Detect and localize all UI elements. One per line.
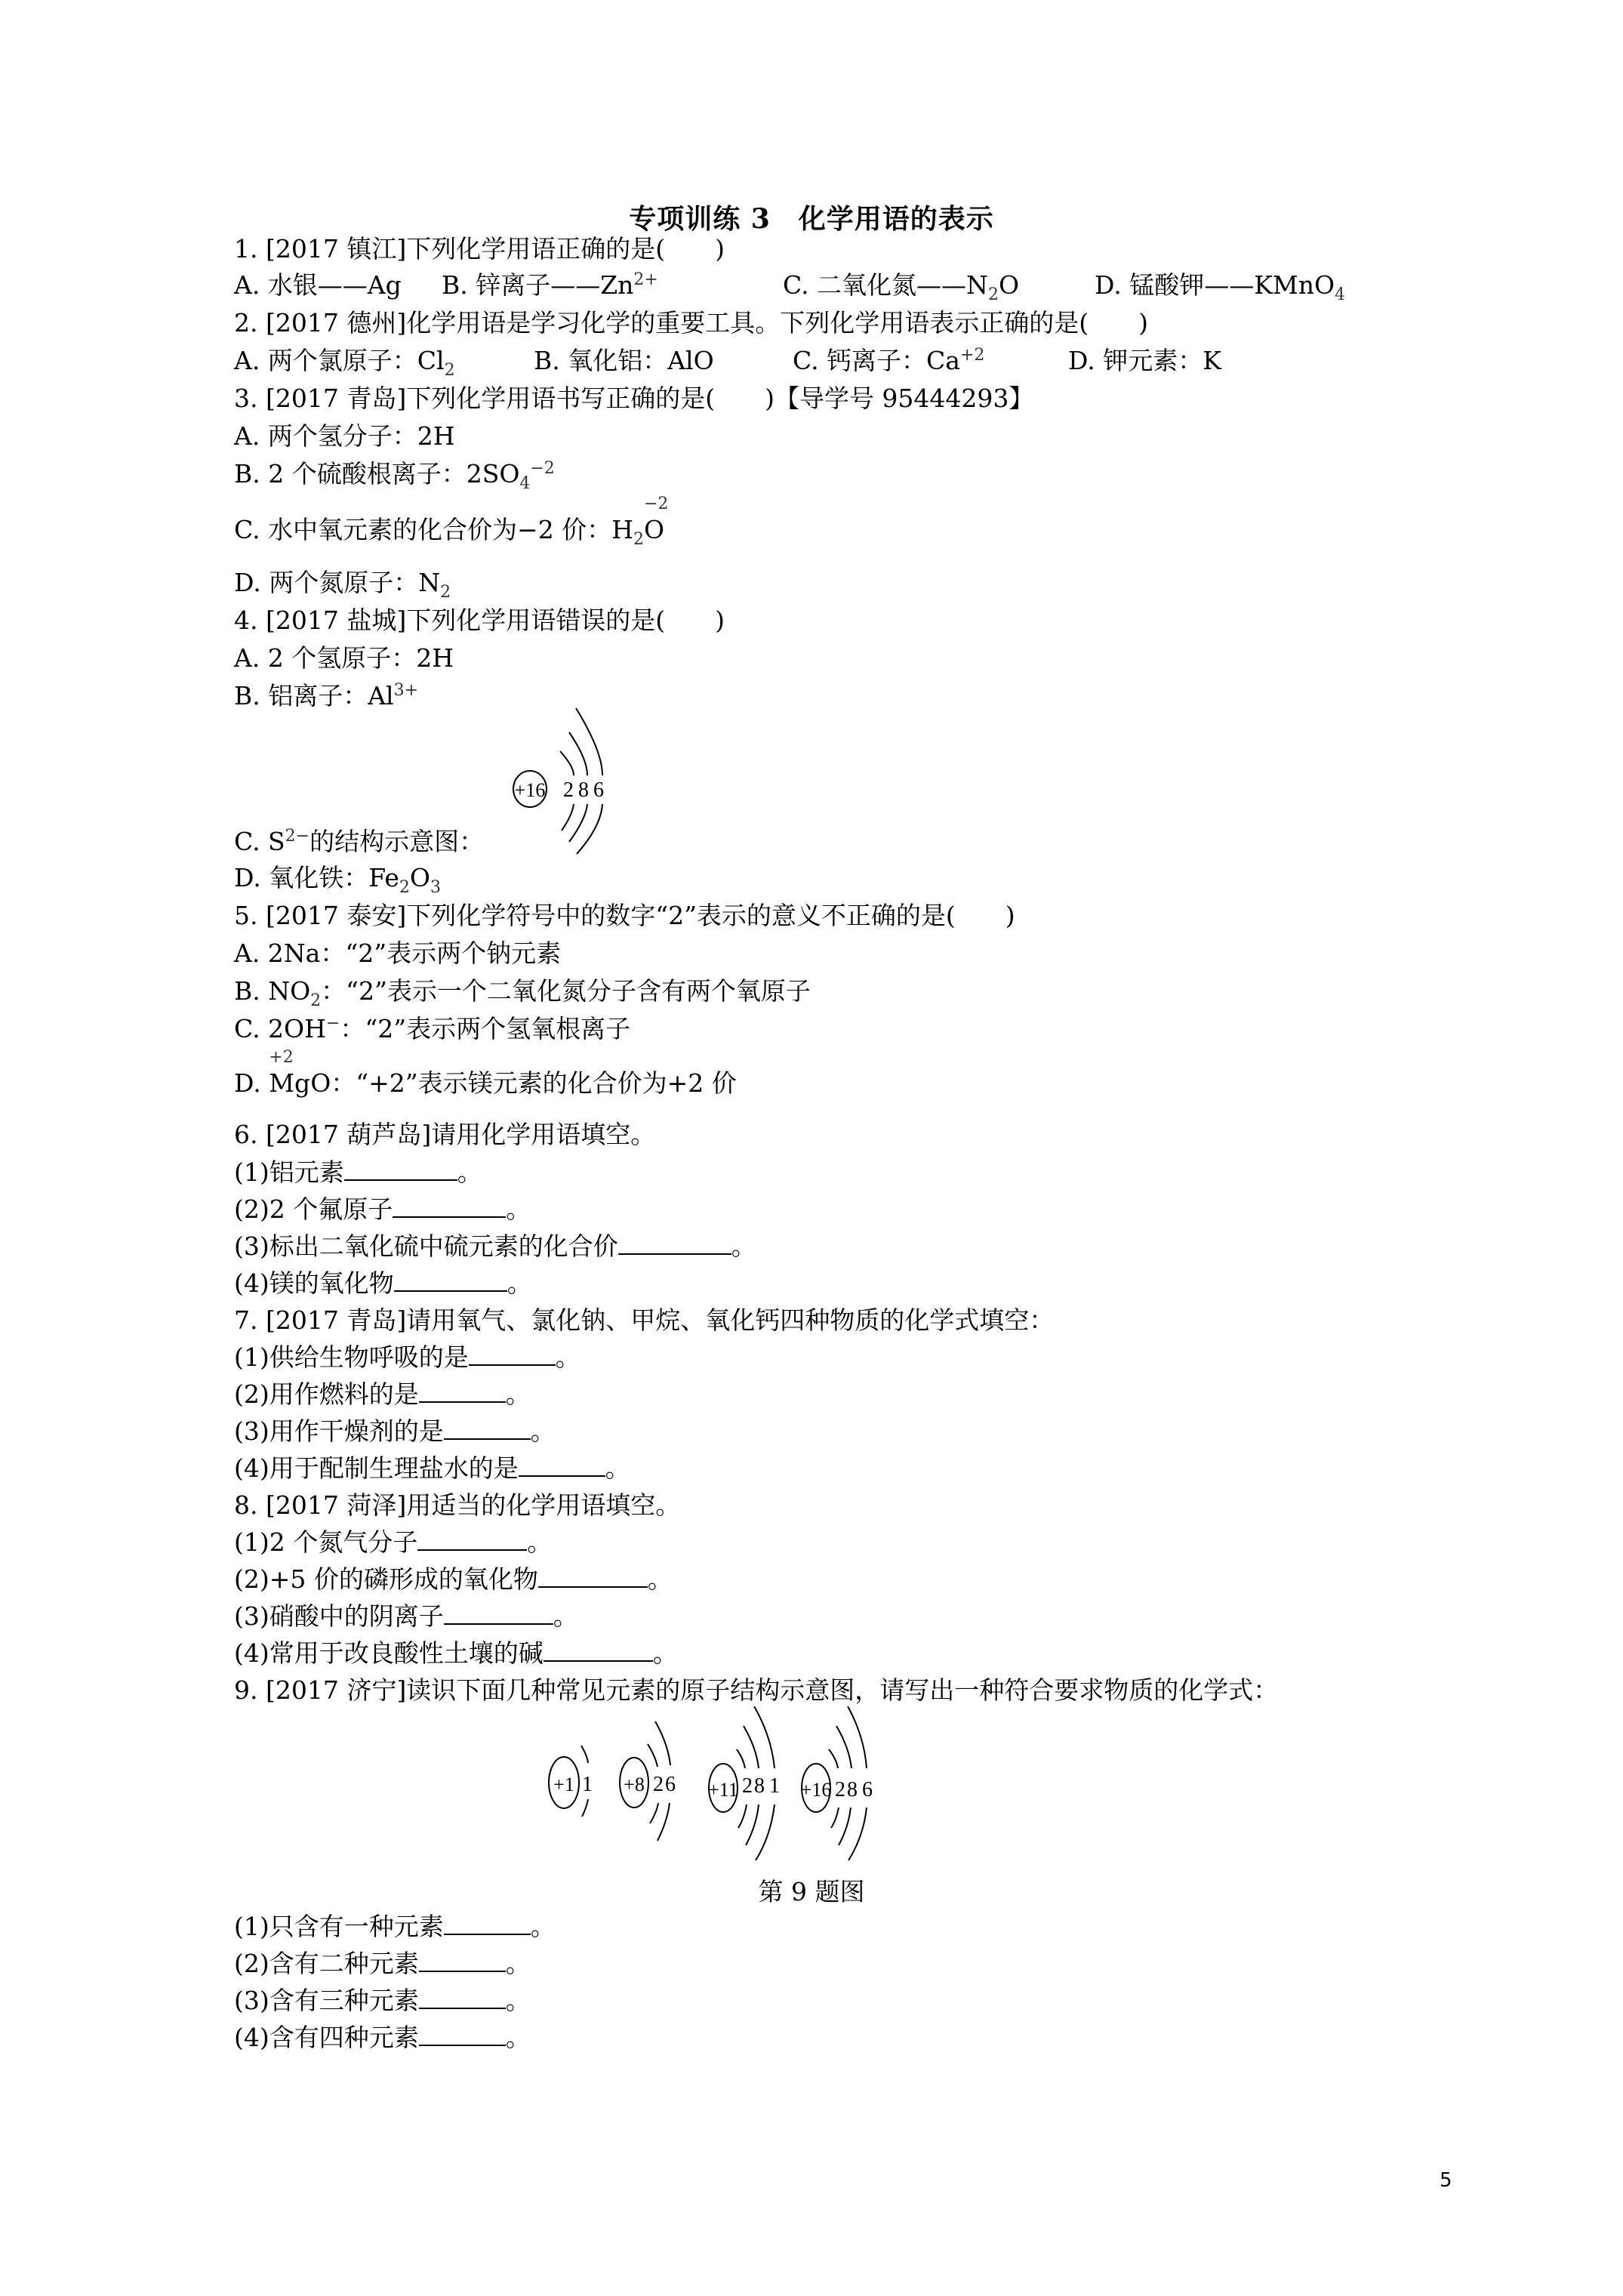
q7-item-3: (3)用作干燥剂的是。	[234, 1415, 556, 1448]
period: 。	[556, 1342, 581, 1372]
answer-blank[interactable]	[417, 1527, 527, 1551]
q6-item-4-text: (4)镁的氧化物	[234, 1268, 394, 1298]
q1-option-a: A. 水银——Ag	[234, 269, 402, 302]
figure-caption: 第 9 题图	[0, 1872, 1623, 1908]
question-3-stem: 3. [2017 青岛]下列化学用语书写正确的是( )【导学号 95444293…	[234, 382, 1033, 415]
shell-3-count: 1	[769, 1774, 780, 1798]
q4-option-b-text: B. 铝离子：Al	[234, 681, 394, 710]
q5-option-b: B. NO2：“2”表示一个二氧化氮分子含有两个氧原子	[234, 975, 811, 1008]
q8-item-3-text: (3)硝酸中的阴离子	[234, 1601, 444, 1631]
shell-count: 1	[582, 1773, 593, 1796]
q7-item-2-text: (2)用作燃料的是	[234, 1379, 419, 1409]
q9-item-2: (2)含有二种元素。	[234, 1947, 531, 1980]
q3-option-b: B. 2 个硫酸根离子：2SO4−2	[234, 458, 555, 491]
q6-item-3: (3)标出二氧化硫中硫元素的化合价。	[234, 1230, 756, 1263]
q3-option-a: A. 两个氢分子：2H	[234, 420, 455, 453]
page-number: 5	[1440, 2169, 1452, 2192]
question-7-stem: 7. [2017 青岛]请用氧气、氯化钠、甲烷、氧化钙四种物质的化学式填空：	[234, 1304, 1054, 1337]
answer-blank[interactable]	[419, 1379, 506, 1403]
q1-option-c: C. 二氧化氮——N2O	[783, 269, 1019, 302]
period: 。	[731, 1231, 756, 1261]
q9-item-1: (1)只含有一种元素。	[234, 1910, 556, 1943]
q4-option-d: D. 氧化铁：Fe2O3	[234, 861, 441, 895]
period: 。	[553, 1601, 578, 1631]
q5-option-b-text: B. NO	[234, 976, 310, 1006]
q3-option-c-sub: 2	[633, 530, 644, 549]
shell-1-count: 2	[563, 778, 574, 802]
sulfur-ion-structure-diagram: +16 2 8 6	[498, 706, 634, 857]
shell-3-count: 6	[862, 1778, 873, 1801]
q7-item-4-text: (4)用于配制生理盐水的是	[234, 1453, 519, 1483]
q7-item-4: (4)用于配制生理盐水的是。	[234, 1452, 630, 1485]
answer-blank[interactable]	[419, 2022, 506, 2046]
shell-1-count: 2	[653, 1773, 664, 1796]
q5-option-c-post: ：“2”表示两个氢氧根离子	[340, 1014, 630, 1043]
period: 。	[653, 1638, 678, 1668]
q5-option-b-post: ：“2”表示一个二氧化氮分子含有两个氧原子	[321, 976, 811, 1006]
q4-option-a: A. 2 个氢原子：2H	[234, 642, 454, 675]
q8-item-1-text: (1)2 个氮气分子	[234, 1527, 417, 1557]
q7-item-3-text: (3)用作干燥剂的是	[234, 1416, 444, 1446]
q5-option-c-sup: −	[326, 1014, 340, 1033]
question-1-stem: 1. [2017 镇江]下列化学用语正确的是( )	[234, 233, 725, 266]
answer-blank[interactable]	[444, 1601, 553, 1625]
shell-2-count: 8	[578, 778, 589, 802]
q2-option-a: A. 两个氯原子：Cl2	[234, 344, 455, 378]
q5-option-c: C. 2OH−：“2”表示两个氢氧根离子	[234, 1012, 630, 1046]
sodium-atom-diagram: +11 2 8 1	[708, 1706, 780, 1860]
q1-option-d-sub: 4	[1335, 285, 1345, 304]
shell-2-count: 8	[754, 1774, 765, 1798]
q3-option-d-text: D. 两个氮原子：N	[234, 568, 440, 597]
shell-1-count: 2	[835, 1778, 845, 1801]
hydrogen-atom-diagram: +1 1	[549, 1746, 593, 1817]
question-2-options: A. 两个氯原子：Cl2 B. 氧化铝：AlO C. 钙离子：Ca+2 D. 钾…	[234, 344, 455, 378]
q4-option-b-sup: 3+	[394, 681, 418, 700]
q6-item-1-text: (1)铝元素	[234, 1157, 344, 1187]
q1-option-d: D. 锰酸钾——KMnO4	[1095, 269, 1345, 302]
q2-option-a-text: A. 两个氯原子：Cl	[234, 346, 445, 375]
question-4-stem: 4. [2017 盐城]下列化学用语错误的是( )	[234, 604, 725, 637]
q2-option-d: D. 钾元素：K	[1068, 344, 1221, 378]
answer-blank[interactable]	[393, 1194, 506, 1218]
period: 。	[506, 1194, 531, 1224]
q5-valence-mark: +2	[269, 1041, 293, 1074]
page-title: 专项训练 3 化学用语的表示	[0, 198, 1623, 236]
q3-option-c-text: C. 水中氧元素的化合价为−2 价：H	[234, 515, 633, 544]
question-5-stem: 5. [2017 泰安]下列化学符号中的数字“2”表示的意义不正确的是( )	[234, 899, 1015, 932]
oxygen-atom-diagram: +8 2 6	[620, 1721, 676, 1841]
q1-option-b-sup: 2+	[633, 270, 658, 289]
q6-item-2-text: (2)2 个氟原子	[234, 1194, 393, 1224]
q4-option-b: B. 铝离子：Al3+	[234, 680, 418, 713]
q8-item-4: (4)常用于改良酸性土壤的碱。	[234, 1637, 678, 1670]
q1-option-b-text: B. 锌离子——Zn	[442, 270, 633, 300]
nucleus-charge: +1	[553, 1774, 574, 1795]
answer-blank[interactable]	[344, 1157, 457, 1181]
q1-option-b: B. 锌离子——Zn2+	[442, 269, 658, 302]
period: 。	[527, 1527, 552, 1557]
shell-2-count: 6	[665, 1773, 676, 1796]
answer-blank[interactable]	[444, 1911, 531, 1935]
q5-option-c-text: C. 2OH	[234, 1014, 326, 1043]
q2-option-b: B. 氧化铝：AlO	[534, 344, 714, 378]
question-1-options: A. 水银——Ag B. 锌离子——Zn2+ C. 二氧化氮——N2O D. 锰…	[234, 269, 402, 302]
period: 。	[648, 1564, 673, 1594]
q7-item-1-text: (1)供给生物呼吸的是	[234, 1342, 469, 1372]
period: 。	[506, 1379, 531, 1409]
q8-item-3: (3)硝酸中的阴离子。	[234, 1600, 578, 1633]
q3-option-b-text: B. 2 个硫酸根离子：2SO	[234, 459, 519, 488]
q8-item-2-text: (2)+5 价的磷形成的氧化物	[234, 1564, 538, 1594]
question-9-stem: 9. [2017 济宁]读识下面几种常见元素的原子结构示意图，请写出一种符合要求…	[234, 1674, 1278, 1707]
shell-3-count: 6	[593, 778, 604, 802]
q9-item-3-text: (3)含有三种元素	[234, 1986, 419, 2015]
q3-option-c-valence: −2O	[644, 513, 664, 547]
q9-item-1-text: (1)只含有一种元素	[234, 1912, 444, 1941]
atomic-structure-diagrams: +1 1 +8 2 6 +11 2 8 1 +16 2 8 6	[528, 1706, 1208, 1865]
q8-item-2: (2)+5 价的磷形成的氧化物。	[234, 1563, 673, 1596]
period: 。	[531, 1416, 556, 1446]
q6-item-3-text: (3)标出二氧化硫中硫元素的化合价	[234, 1231, 618, 1261]
period: 。	[506, 1986, 531, 2015]
answer-blank[interactable]	[394, 1268, 507, 1292]
q8-item-1: (1)2 个氮气分子。	[234, 1526, 552, 1559]
q3-option-d: D. 两个氮原子：N2	[234, 566, 451, 599]
answer-blank[interactable]	[538, 1564, 648, 1588]
q4-option-c-text: C. S	[234, 827, 285, 856]
shell-2-count: 8	[847, 1778, 858, 1801]
question-2-stem: 2. [2017 德州]化学用语是学习化学的重要工具。下列化学用语表示正确的是(…	[234, 307, 1148, 340]
q8-item-4-text: (4)常用于改良酸性土壤的碱	[234, 1638, 544, 1668]
answer-blank[interactable]	[544, 1638, 653, 1662]
q9-item-4-text: (4)含有四种元素	[234, 2023, 419, 2052]
q3-option-b-sub: 4	[519, 474, 530, 493]
q4-option-d-sub2: 3	[430, 878, 441, 897]
shell-1-count: 2	[742, 1774, 753, 1798]
q9-item-2-text: (2)含有二种元素	[234, 1949, 419, 1978]
period: 。	[605, 1453, 630, 1483]
q6-item-2: (2)2 个氟原子。	[234, 1193, 531, 1226]
q4-option-d-mid: O	[410, 863, 430, 892]
sulfur-atom-diagram: +16 2 8 6	[801, 1706, 873, 1860]
q5-option-b-sub: 2	[310, 991, 321, 1010]
question-6-stem: 6. [2017 葫芦岛]请用化学用语填空。	[234, 1118, 655, 1151]
q2-option-c-sup: +2	[960, 346, 984, 365]
q5-option-d-valence: +2Mg	[269, 1067, 310, 1100]
q3-option-b-sup: −2	[530, 459, 554, 478]
q3-valence-mark: −2	[644, 488, 668, 521]
period: 。	[457, 1157, 482, 1187]
q4-option-c: C. S2−的结构示意图：	[234, 825, 484, 858]
nucleus-charge: +8	[624, 1774, 645, 1795]
q6-item-1: (1)铝元素。	[234, 1156, 482, 1189]
q3-option-c: C. 水中氧元素的化合价为−2 价：H2−2O	[234, 513, 664, 547]
q2-option-c: C. 钙离子：Ca+2	[793, 344, 984, 378]
q5-option-a: A. 2Na：“2”表示两个钠元素	[234, 937, 561, 970]
period: 。	[506, 1949, 531, 1978]
nucleus-charge: +16	[801, 1779, 832, 1801]
q2-option-c-text: C. 钙离子：Ca	[793, 346, 960, 375]
answer-blank[interactable]	[618, 1231, 731, 1255]
answer-blank[interactable]	[419, 1985, 506, 2009]
q5-option-d: D. +2MgO：“+2”表示镁元素的化合价为+2 价	[234, 1067, 737, 1100]
answer-blank[interactable]	[444, 1416, 531, 1440]
q1-option-c-post: O	[999, 270, 1019, 300]
period: 。	[531, 1912, 556, 1941]
q1-option-d-text: D. 锰酸钾——KMnO	[1095, 270, 1335, 300]
answer-blank[interactable]	[519, 1453, 605, 1477]
period: 。	[507, 1268, 532, 1298]
q4-option-c-post: 的结构示意图：	[310, 827, 484, 856]
question-8-stem: 8. [2017 菏泽]用适当的化学用语填空。	[234, 1489, 680, 1522]
q5-option-d-post: O：“+2”表示镁元素的化合价为+2 价	[310, 1068, 737, 1098]
nucleus-charge: +16	[515, 779, 546, 801]
q9-item-4: (4)含有四种元素。	[234, 2021, 531, 2054]
q1-option-c-text: C. 二氧化氮——N	[783, 270, 988, 300]
q9-item-3: (3)含有三种元素。	[234, 1984, 531, 2017]
q1-option-c-sub: 2	[988, 285, 999, 304]
period: 。	[506, 2023, 531, 2052]
q7-item-1: (1)供给生物呼吸的是。	[234, 1341, 581, 1374]
q7-item-2: (2)用作燃料的是。	[234, 1378, 531, 1411]
q3-option-d-sub: 2	[440, 583, 451, 602]
nucleus-charge: +11	[708, 1779, 738, 1801]
answer-blank[interactable]	[419, 1948, 506, 1972]
q4-option-c-sup: 2−	[285, 827, 310, 846]
q5-option-d-text: D.	[234, 1068, 269, 1098]
q4-option-d-sub1: 2	[399, 878, 410, 897]
q2-option-a-sub: 2	[445, 361, 455, 380]
q4-option-d-text: D. 氧化铁：Fe	[234, 863, 399, 892]
q6-item-4: (4)镁的氧化物。	[234, 1267, 532, 1300]
answer-blank[interactable]	[469, 1342, 556, 1366]
